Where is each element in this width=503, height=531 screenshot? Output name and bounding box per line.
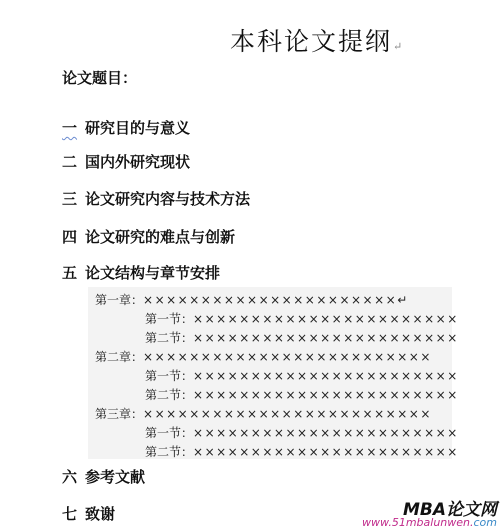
- paragraph-mark-icon: ↵: [393, 40, 404, 53]
- section-text: 致谢: [85, 505, 115, 523]
- section-text: 研究目的与意义: [85, 119, 190, 137]
- section-content: ×××××××××××××××××××××××: [193, 369, 459, 383]
- watermark-url-main: www.51mbalunwen.: [362, 516, 473, 529]
- section-content: ×××××××××××××××××××××××: [193, 426, 459, 440]
- section-text: 论文研究的难点与创新: [85, 228, 235, 246]
- section-content: ×××××××××××××××××××××××: [193, 312, 459, 326]
- chapter-label: 第二章：: [95, 350, 143, 364]
- section-content: ×××××××××××××××××××××××: [193, 331, 459, 345]
- section-2: 二国内外研究现状: [62, 151, 190, 172]
- chapter-content: ××××××××××××××××××××××↵: [143, 293, 409, 307]
- section-label: 第二节：: [145, 331, 193, 345]
- section-text: 参考文献: [85, 468, 145, 486]
- title-text: 本科论文提纲: [230, 27, 392, 56]
- section-text: 国内外研究现状: [85, 153, 190, 171]
- watermark-url: www.51mbalunwen.com: [362, 516, 497, 529]
- section-1: 一研究目的与意义: [62, 117, 190, 138]
- section-number: 五: [62, 264, 77, 282]
- section-6: 六参考文献: [62, 466, 145, 487]
- chapter-2-line: 第二章：×××××××××××××××××××××××××: [95, 348, 432, 365]
- chapter-2-section-1-line: 第一节：×××××××××××××××××××××××: [145, 367, 459, 384]
- section-3: 三论文研究内容与技术方法: [62, 188, 250, 209]
- section-content: ×××××××××××××××××××××××: [193, 445, 459, 459]
- section-5: 五论文结构与章节安排: [62, 262, 220, 283]
- section-label: 第二节：: [145, 388, 193, 402]
- section-text: 论文结构与章节安排: [85, 264, 220, 282]
- section-label: 第一节：: [145, 312, 193, 326]
- chapter-label: 第一章：: [95, 293, 143, 307]
- section-label: 第一节：: [145, 369, 193, 383]
- chapter-3-line: 第三章：×××××××××××××××××××××××××: [95, 405, 432, 422]
- topic-label: 论文题目：: [62, 67, 137, 88]
- section-4: 四论文研究的难点与创新: [62, 226, 235, 247]
- section-7: 七致谢: [62, 503, 115, 524]
- document-title: 本科论文提纲↵: [230, 22, 404, 58]
- section-content: ×××××××××××××××××××××××: [193, 388, 459, 402]
- chapter-content: ×××××××××××××××××××××××××: [143, 350, 432, 364]
- watermark-url-tld: com: [474, 516, 498, 529]
- section-number: 六: [62, 468, 77, 486]
- section-number: 三: [62, 190, 77, 208]
- chapter-1-section-2-line: 第二节：×××××××××××××××××××××××: [145, 329, 459, 346]
- chapter-1-section-1-line: 第一节：×××××××××××××××××××××××: [145, 310, 459, 327]
- chapter-label: 第三章：: [95, 407, 143, 421]
- section-number: 七: [62, 505, 77, 523]
- section-label: 第二节：: [145, 445, 193, 459]
- chapter-content: ×××××××××××××××××××××××××: [143, 407, 432, 421]
- section-label: 第一节：: [145, 426, 193, 440]
- chapter-1-line: 第一章：××××××××××××××××××××××↵: [95, 291, 409, 308]
- section-number: 二: [62, 153, 77, 171]
- chapter-2-section-2-line: 第二节：×××××××××××××××××××××××: [145, 386, 459, 403]
- chapter-3-section-1-line: 第一节：×××××××××××××××××××××××: [145, 424, 459, 441]
- section-text: 论文研究内容与技术方法: [85, 190, 250, 208]
- section-number: 四: [62, 228, 77, 246]
- section-number: 一: [62, 119, 77, 137]
- chapter-3-section-2-line: 第二节：×××××××××××××××××××××××: [145, 443, 459, 460]
